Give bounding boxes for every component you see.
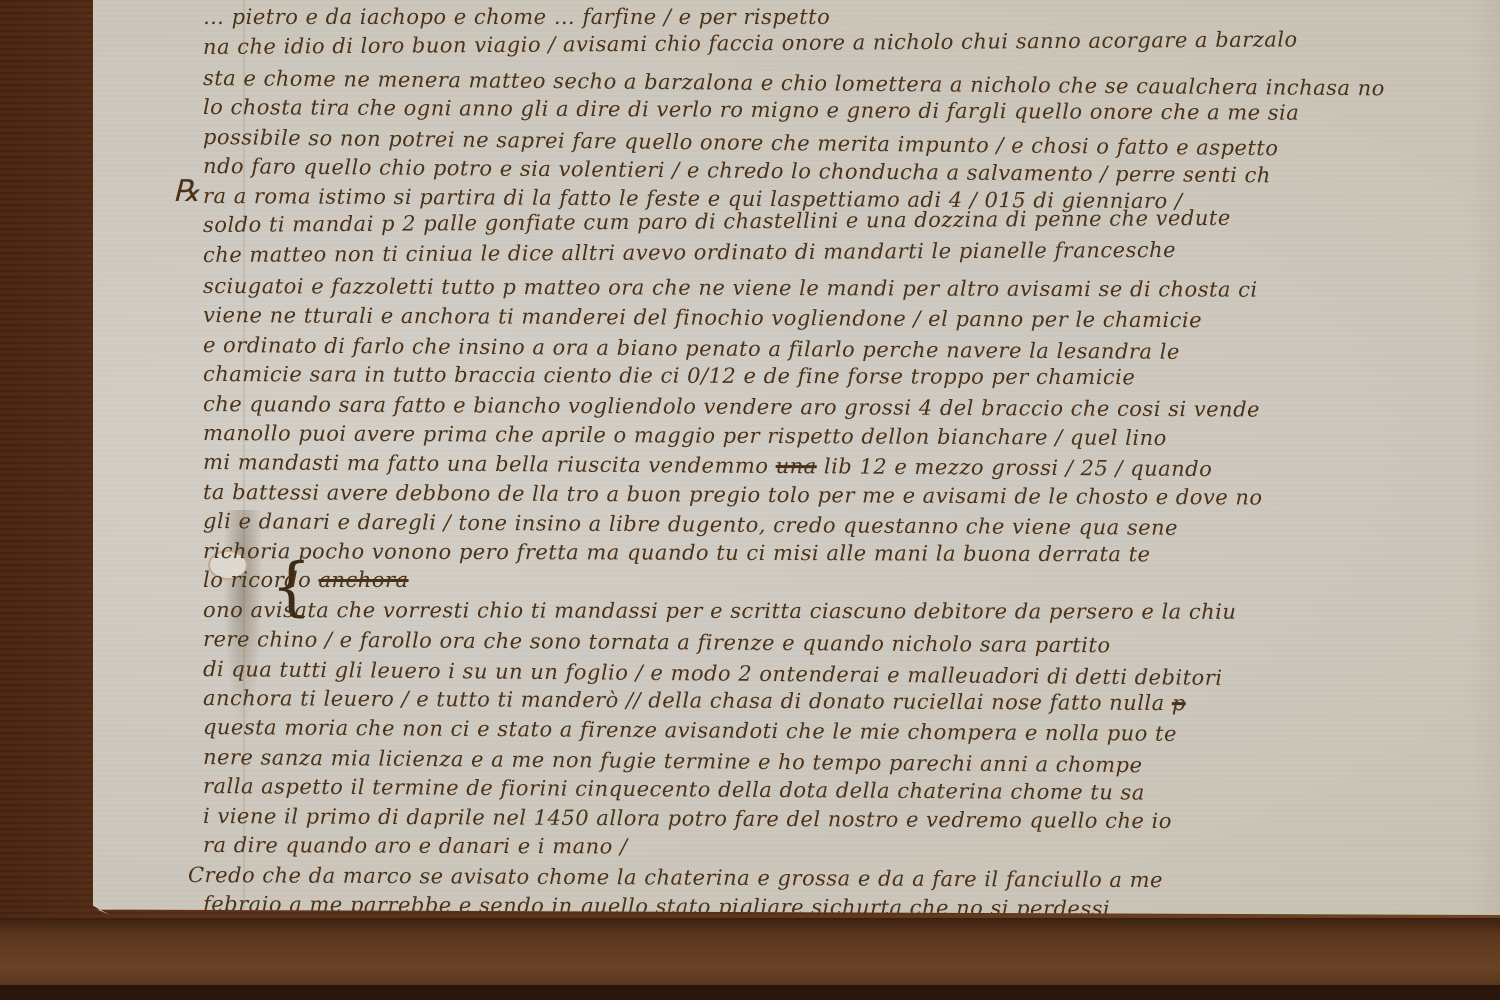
line-text: rere chino / e farollo ora che sono torn… (203, 627, 1111, 657)
line-text: Credo che da marco se avisato chome la c… (188, 863, 1163, 892)
line-text: chamicie sara in tutto braccia ciento di… (203, 362, 1135, 389)
line-text: lib 12 e mezzo grossi / 25 / quando (817, 454, 1213, 481)
manuscript-line: ndo faro quello chio potro e sia volenti… (203, 154, 1271, 187)
line-text: manollo puoi avere prima che aprile o ma… (203, 421, 1167, 450)
manuscript-line: ta battessi avere debbono de lla tro a b… (203, 480, 1263, 510)
manuscript-line: chamicie sara in tutto braccia ciento di… (203, 362, 1135, 389)
manuscript-page: { ℞ … pietro e da iachopo e chome … farf… (93, 0, 1500, 915)
line-text: mi mandasti ma fatto una bella riuscita … (203, 450, 776, 478)
line-text: anchora ti leuero / e tutto ti manderò /… (203, 686, 1172, 715)
line-text: ta battessi avere debbono de lla tro a b… (203, 480, 1263, 510)
line-text: viene ne tturali e anchora ti manderei d… (203, 303, 1202, 332)
line-text: gli e danari e daregli / tone insino a l… (203, 509, 1178, 540)
line-text: i viene il primo di daprile nel 1450 all… (203, 804, 1172, 833)
manuscript-line: e ordinato di farlo che insino a ora a b… (203, 333, 1180, 364)
struck-out-word: una (776, 454, 817, 478)
line-text: di qua tutti gli leuero i su un un fogli… (203, 657, 1223, 690)
manuscript-line: richoria pocho vonono pero fretta ma qua… (203, 539, 1151, 566)
line-text: lo chosta tira che ogni anno gli a dire … (203, 95, 1299, 125)
manuscript-line: ra dire quando aro e danari e i mano / (203, 833, 628, 858)
manuscript-line: na che idio di loro buon viagio / avisam… (203, 27, 1298, 59)
manuscript-line: viene ne tturali e anchora ti manderei d… (203, 303, 1202, 332)
line-text: questa moria che non ci e stato a firenz… (203, 715, 1177, 746)
manuscript-line: ono avisata che vorresti chio ti mandass… (203, 598, 1236, 624)
manuscript-line: ralla aspetto il termine de fiorini cinq… (203, 774, 1145, 805)
shelf-edge (0, 985, 1500, 1000)
line-text: na che idio di loro buon viagio / avisam… (203, 27, 1298, 59)
manuscript-line: Credo che da marco se avisato chome la c… (188, 863, 1163, 892)
line-text: ndo faro quello chio potro e sia volenti… (203, 154, 1271, 187)
manuscript-line: soldo ti mandai p 2 palle gonfiate cum p… (203, 206, 1231, 237)
manuscript-line: gli e danari e daregli / tone insino a l… (203, 509, 1178, 540)
manuscript-line: nere sanza mia licienza e a me non fugie… (203, 745, 1143, 777)
line-text: lo ricordo (203, 568, 319, 592)
line-text: soldo ti mandai p 2 palle gonfiate cum p… (203, 206, 1231, 237)
struck-out-word: anchora (319, 568, 409, 592)
line-text: sciugatoi e fazzoletti tutto p matteo or… (203, 274, 1258, 302)
line-text: e ordinato di farlo che insino a ora a b… (203, 333, 1180, 364)
line-text: … pietro e da iachopo e chome … farfine … (203, 5, 830, 29)
manuscript-line: di qua tutti gli leuero i su un un fogli… (203, 657, 1223, 690)
line-text: ono avisata che vorresti chio ti mandass… (203, 598, 1236, 624)
manuscript-line: lo chosta tira che ogni anno gli a dire … (203, 95, 1299, 125)
manuscript-line: lo ricordo anchora (203, 568, 409, 592)
manuscript-line: questa moria che non ci e stato a firenz… (203, 715, 1177, 746)
manuscript-line: … pietro e da iachopo e chome … farfine … (203, 5, 830, 29)
manuscript-line: anchora ti leuero / e tutto ti manderò /… (203, 686, 1186, 715)
line-text: nere sanza mia licienza e a me non fugie… (203, 745, 1143, 777)
line-text: ralla aspetto il termine de fiorini cinq… (203, 774, 1145, 805)
line-text: ra dire quando aro e danari e i mano / (203, 833, 628, 858)
manuscript-line: sciugatoi e fazzoletti tutto p matteo or… (203, 274, 1258, 302)
paper-shade (1468, 0, 1500, 915)
line-text: richoria pocho vonono pero fretta ma qua… (203, 539, 1151, 566)
manuscript-line: rere chino / e farollo ora che sono torn… (203, 627, 1111, 657)
struck-out-word: p (1172, 691, 1186, 715)
manuscript-line: manollo puoi avere prima che aprile o ma… (203, 421, 1167, 450)
line-text: che quando sara fatto e biancho vogliend… (203, 392, 1260, 422)
line-text: che matteo non ti ciniua le dice alltri … (203, 238, 1176, 267)
manuscript-line: mi mandasti ma fatto una bella riuscita … (203, 450, 1213, 481)
manuscript-line: i viene il primo di daprile nel 1450 all… (203, 804, 1172, 833)
paragraph-sign-mark: ℞ (173, 174, 200, 209)
manuscript-line: che quando sara fatto e biancho vogliend… (203, 392, 1260, 422)
manuscript-line: che matteo non ti ciniua le dice alltri … (203, 238, 1176, 267)
